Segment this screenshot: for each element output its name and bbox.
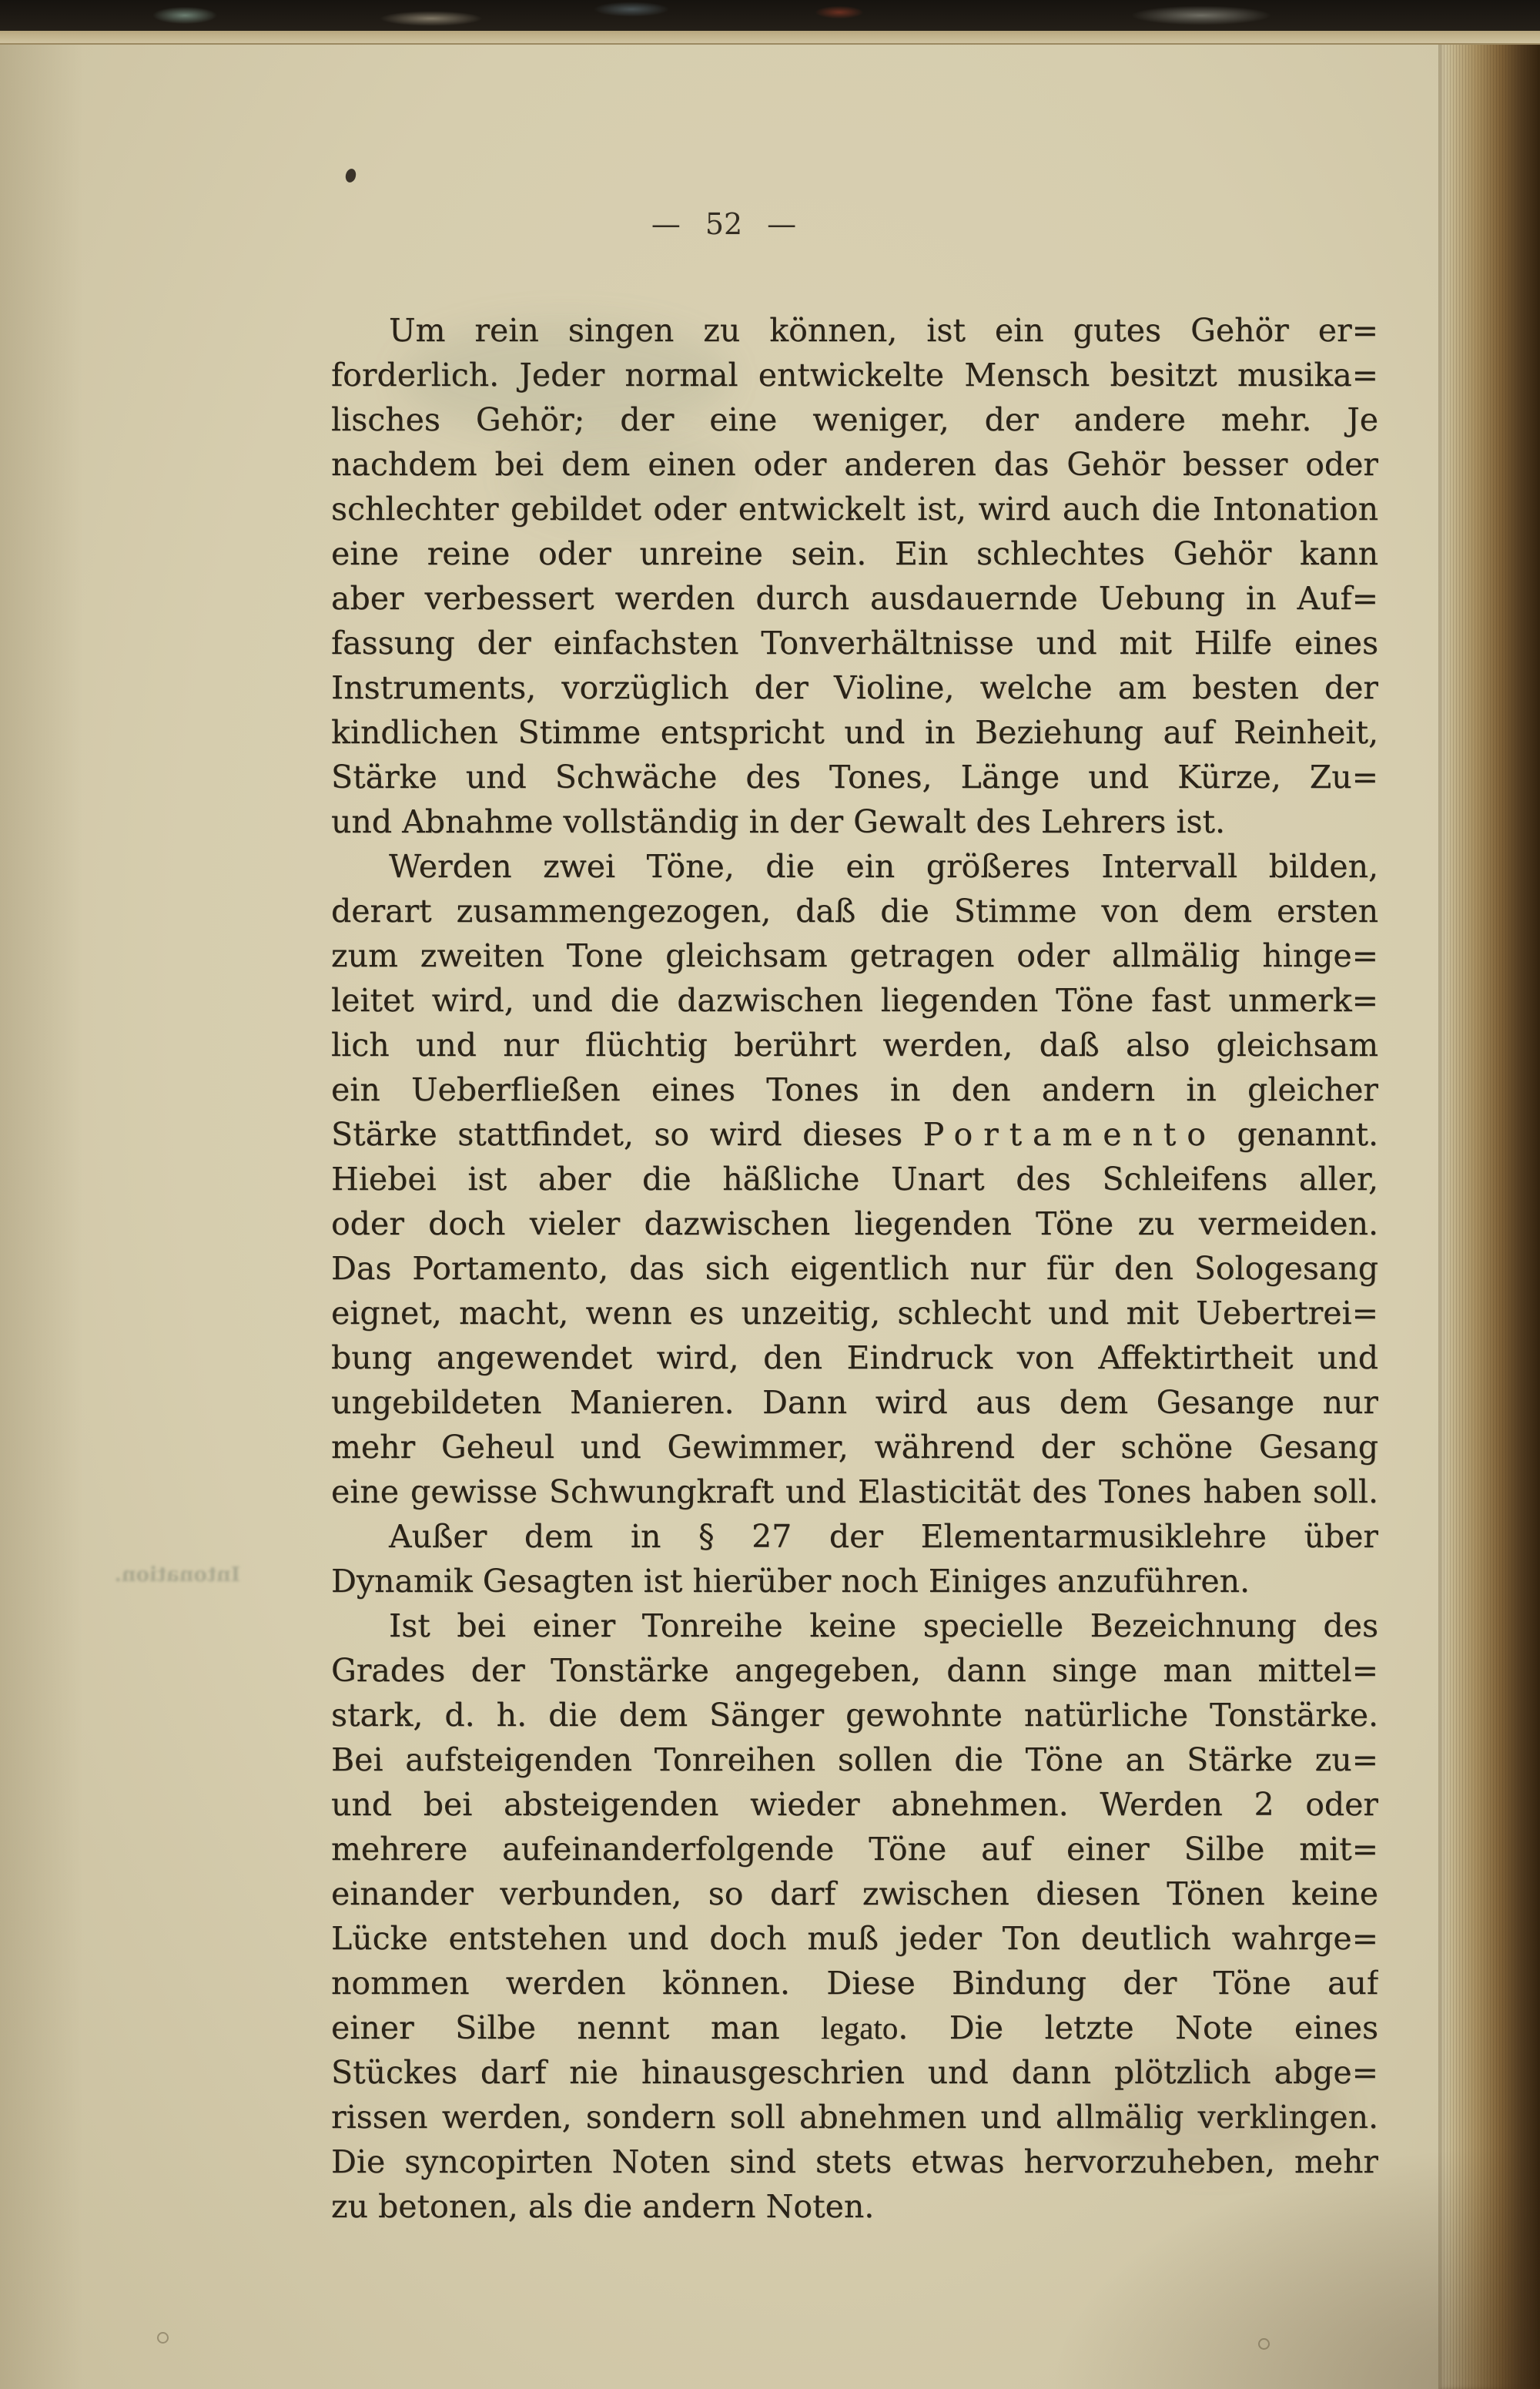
text-segment: genannt. (1217, 1116, 1378, 1153)
text-line: leitet wird, und die dazwischen liegende… (331, 978, 1378, 1023)
page-left-shadow (0, 0, 92, 2389)
text-line: Grades der Tonstärke angegeben, dann sin… (331, 1648, 1378, 1693)
text-segment: Stärke und Schwäche des Tones, Länge und… (331, 759, 1378, 796)
text-line: mehrere aufeinanderfolgende Töne auf ein… (331, 1827, 1378, 1871)
text-line: schlechter gebildet oder entwickelt ist,… (331, 487, 1378, 531)
text-line: eine gewisse Schwungkraft und Elasticitä… (331, 1469, 1378, 1514)
text-segment: eine reine oder unreine sein. Ein schlec… (331, 535, 1378, 572)
term-spaced: Portamento (923, 1116, 1217, 1153)
text-line: eine reine oder unreine sein. Ein schlec… (331, 531, 1378, 576)
paragraph: Ist bei einer Tonreihe keine specielle B… (331, 1603, 1378, 2229)
text-line: und Abnahme vollständig in der Gewalt de… (331, 799, 1378, 844)
page-number: — 52 — (585, 205, 862, 243)
book-page-scan: — 52 — Intonation. Gehör.Um rein singen … (0, 0, 1540, 2389)
text-line: Bei aufsteigenden Tonreihen sollen die T… (331, 1737, 1378, 1782)
text-segment: bung angewendet wird, den Eindruck von A… (331, 1339, 1378, 1376)
text-segment: ungebildeten Manieren. Dann wird aus dem… (331, 1384, 1378, 1421)
paper-mark (1258, 2338, 1270, 2350)
text-line: stark, d. h. die dem Sänger gewohnte nat… (331, 1693, 1378, 1737)
text-line: rissen werden, sondern soll abnehmen und… (331, 2095, 1378, 2139)
text-segment: Das Portamento, das sich eigentlich nur … (331, 1250, 1378, 1287)
book-page-edges-right (1438, 0, 1540, 2389)
text-line: lich und nur flüchtig berührt werden, da… (331, 1023, 1378, 1067)
bottom-corner-shadow (1047, 2143, 1540, 2389)
show-through-text: Intonation. (71, 1563, 240, 1587)
text-segment: nachdem bei dem einen oder anderen das G… (331, 446, 1378, 483)
text-line: einander verbunden, so darf zwischen die… (331, 1871, 1378, 1916)
text-segment: eine gewisse Schwungkraft und Elasticitä… (331, 1473, 1378, 1510)
text-segment: lisches Gehör; der eine weniger, der and… (331, 401, 1378, 438)
text-line: ungebildeten Manieren. Dann wird aus dem… (331, 1380, 1378, 1425)
marbled-cover-edge (0, 0, 1540, 31)
text-segment: ein Ueberfließen eines Tones in den ande… (331, 1071, 1378, 1108)
paragraph: Außer dem in § 27 der Elementarmusiklehr… (331, 1514, 1378, 1603)
term-roman: legato (821, 2010, 898, 2046)
text-line: forderlich. Jeder normal entwickelte Men… (331, 353, 1378, 397)
text-line: zum zweiten Tone gleichsam getragen oder… (331, 933, 1378, 978)
text-segment: nommen werden können. Diese Bindung der … (331, 1965, 1378, 2002)
page-number-dash-left: — (651, 207, 681, 241)
text-line: Portamento.Stärke stattfindet, so wird d… (331, 1112, 1378, 1157)
text-line: Instruments, vorzüglich der Violine, wel… (331, 665, 1378, 710)
text-segment: Ist bei einer Tonreihe keine specielle B… (389, 1607, 1378, 1644)
text-segment: aber verbessert werden durch ausdauernde… (331, 580, 1378, 617)
text-segment: Grades der Tonstärke angegeben, dann sin… (331, 1652, 1378, 1689)
text-segment: und Abnahme vollständig in der Gewalt de… (331, 803, 1225, 840)
ink-speck (344, 168, 357, 184)
text-line: kindlichen Stimme entspricht und in Bezi… (331, 710, 1378, 755)
page-top-edges (0, 31, 1540, 45)
text-line: nommen werden können. Diese Bindung der … (331, 1961, 1378, 2005)
text-segment: Dynamik Gesagten ist hierüber noch Einig… (331, 1563, 1250, 1600)
paragraph: Gehör.Um rein singen zu können, ist ein … (331, 308, 1378, 844)
text-segment: lich und nur flüchtig berührt werden, da… (331, 1027, 1378, 1064)
text-line: aber verbessert werden durch ausdauernde… (331, 576, 1378, 621)
text-segment: einer Silbe nennt man (331, 2009, 821, 2046)
text-segment: leitet wird, und die dazwischen liegende… (331, 982, 1378, 1019)
page-number-dash-right: — (767, 207, 796, 241)
text-line: oder doch vieler dazwischen liegenden Tö… (331, 1201, 1378, 1246)
text-line: Werden zwei Töne, die ein größeres Inter… (331, 844, 1378, 889)
text-segment: . Die letzte Note eines (898, 2009, 1378, 2046)
text-segment: Um rein singen zu können, ist ein gutes … (389, 312, 1378, 349)
text-segment: eignet, macht, wenn es unzeitig, schlech… (331, 1295, 1378, 1332)
text-segment: mehrere aufeinanderfolgende Töne auf ein… (331, 1831, 1378, 1868)
text-line: Ist bei einer Tonreihe keine specielle B… (331, 1603, 1378, 1648)
paragraph: Werden zwei Töne, die ein größeres Inter… (331, 844, 1378, 1514)
text-segment: rissen werden, sondern soll abnehmen und… (331, 2099, 1378, 2136)
text-segment: kindlichen Stimme entspricht und in Bezi… (331, 714, 1378, 751)
body-text: Gehör.Um rein singen zu können, ist ein … (331, 308, 1378, 2229)
text-segment: zum zweiten Tone gleichsam getragen oder… (331, 937, 1378, 974)
text-segment: fassung der einfachsten Tonverhältnisse … (331, 625, 1378, 662)
text-segment: einander verbunden, so darf zwischen die… (331, 1875, 1378, 1912)
text-line: bung angewendet wird, den Eindruck von A… (331, 1335, 1378, 1380)
text-segment: Instruments, vorzüglich der Violine, wel… (331, 669, 1378, 706)
text-segment: Hiebei ist aber die häßliche Unart des S… (331, 1161, 1378, 1198)
text-segment: oder doch vieler dazwischen liegenden Tö… (331, 1205, 1378, 1242)
text-line: eignet, macht, wenn es unzeitig, schlech… (331, 1291, 1378, 1335)
text-line: ein Ueberfließen eines Tones in den ande… (331, 1067, 1378, 1112)
text-segment: Bei aufsteigenden Tonreihen sollen die T… (331, 1741, 1378, 1778)
text-line: Dynamik Gesagten ist hierüber noch Einig… (331, 1559, 1378, 1603)
text-line: Stückes darf nie hinausgeschrien und dan… (331, 2050, 1378, 2095)
text-line: und bei absteigenden wieder abnehmen. We… (331, 1782, 1378, 1827)
paper-mark (157, 2332, 169, 2344)
text-line: Lücke entstehen und doch muß jeder Ton d… (331, 1916, 1378, 1961)
text-line: einer Silbe nennt man legato. Die letzte… (331, 2005, 1378, 2050)
text-segment: schlechter gebildet oder entwickelt ist,… (331, 491, 1378, 528)
text-line: Das Portamento, das sich eigentlich nur … (331, 1246, 1378, 1291)
text-segment: zu betonen, als die andern Noten. (331, 2188, 874, 2225)
text-segment: mehr Geheul und Gewimmer, während der sc… (331, 1429, 1378, 1466)
text-segment: Außer dem in § 27 der Elementarmusiklehr… (389, 1518, 1378, 1555)
text-segment: Lücke entstehen und doch muß jeder Ton d… (331, 1920, 1378, 1957)
text-line: derart zusammengezogen, daß die Stimme v… (331, 889, 1378, 933)
text-line: Stärke und Schwäche des Tones, Länge und… (331, 755, 1378, 799)
text-line: Gehör.Um rein singen zu können, ist ein … (331, 308, 1378, 353)
text-line: mehr Geheul und Gewimmer, während der sc… (331, 1425, 1378, 1469)
text-segment: derart zusammengezogen, daß die Stimme v… (331, 893, 1378, 930)
text-segment: forderlich. Jeder normal entwickelte Men… (331, 357, 1378, 394)
text-line: Hiebei ist aber die häßliche Unart des S… (331, 1157, 1378, 1201)
text-segment: Stückes darf nie hinausgeschrien und dan… (331, 2054, 1378, 2091)
text-segment: stark, d. h. die dem Sänger gewohnte nat… (331, 1697, 1378, 1734)
page-number-value: 52 (705, 207, 742, 241)
text-line: fassung der einfachsten Tonverhältnisse … (331, 621, 1378, 665)
text-line: nachdem bei dem einen oder anderen das G… (331, 442, 1378, 487)
text-line: lisches Gehör; der eine weniger, der and… (331, 397, 1378, 442)
text-segment: und bei absteigenden wieder abnehmen. We… (331, 1786, 1378, 1823)
text-segment: Werden zwei Töne, die ein größeres Inter… (389, 848, 1378, 885)
text-line: Außer dem in § 27 der Elementarmusiklehr… (331, 1514, 1378, 1559)
text-segment: Stärke stattfindet, so wird dieses (331, 1116, 923, 1153)
